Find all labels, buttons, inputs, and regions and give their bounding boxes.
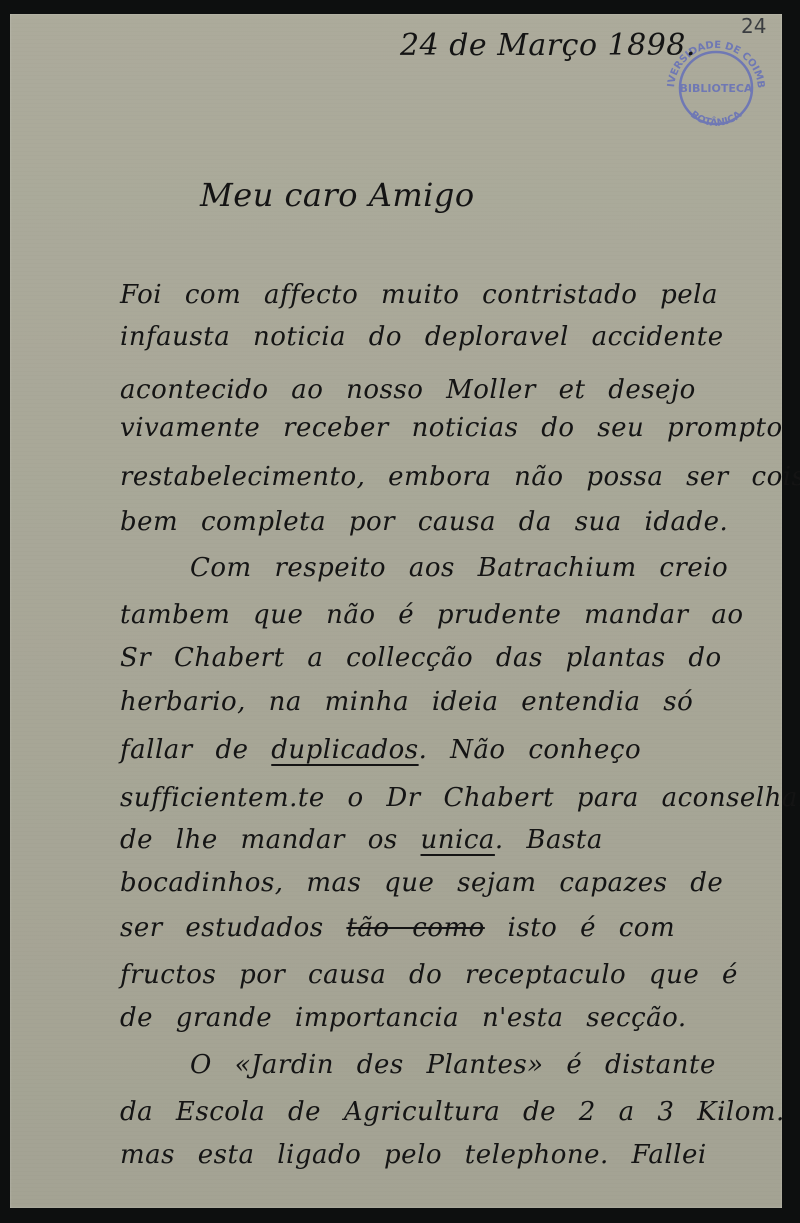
- struck-text: tão como: [346, 913, 484, 943]
- text: fallar de: [120, 735, 271, 765]
- text: de lhe mandar os: [120, 825, 421, 855]
- text-line: mas esta ligado pelo telephone. Fallei: [120, 1140, 707, 1170]
- letter-date: 24 de Março 1898.: [400, 28, 696, 63]
- text-line: Sr Chabert a collecção das plantas do: [120, 643, 722, 673]
- svg-text:BOTÂNICA: BOTÂNICA: [688, 109, 744, 129]
- text-line: fructos por causa do receptaculo que é: [120, 960, 738, 990]
- text: isto é com: [485, 913, 675, 943]
- text: . Não conheço: [419, 735, 642, 765]
- text-line: de grande importancia n'esta secção.: [120, 1003, 687, 1033]
- salutation: Meu caro Amigo: [200, 176, 475, 214]
- text-line: acontecido ao nosso Moller et desejo: [120, 375, 696, 405]
- text-line: tambem que não é prudente mandar ao: [120, 600, 744, 630]
- text-line-struck: ser estudados tão como isto é com: [120, 913, 675, 943]
- text: ser estudados: [120, 913, 346, 943]
- text-line: restabelecimento, embora não possa ser c…: [120, 462, 800, 492]
- text-line-underlined: fallar de duplicados. Não conheço: [120, 735, 641, 765]
- text-line: Com respeito aos Batrachium creio: [120, 553, 728, 583]
- svg-text:BIBLIOTECA: BIBLIOTECA: [680, 82, 753, 95]
- text-line: vivamente receber noticias do seu prompt…: [120, 413, 783, 443]
- text-line: herbario, na minha ideia entendia só: [120, 687, 693, 717]
- text-line-underlined: de lhe mandar os unica. Basta: [120, 825, 603, 855]
- underlined-word: duplicados: [271, 735, 418, 765]
- text-line: bocadinhos, mas que sejam capazes de: [120, 868, 723, 898]
- underlined-word: unica: [421, 825, 495, 855]
- text-line: da Escola de Agricultura de 2 a 3 Kilom.: [120, 1097, 785, 1127]
- text-line: sufficientem.te o Dr Chabert para aconse…: [120, 783, 800, 813]
- text-line: infausta noticia do deploravel accidente: [120, 322, 724, 352]
- text-line: bem completa por causa da sua idade.: [120, 507, 728, 537]
- text-line: Foi com affecto muito contristado pela: [120, 280, 718, 310]
- text-line: O «Jardin des Plantes» é distante: [120, 1050, 716, 1080]
- text: . Basta: [495, 825, 603, 855]
